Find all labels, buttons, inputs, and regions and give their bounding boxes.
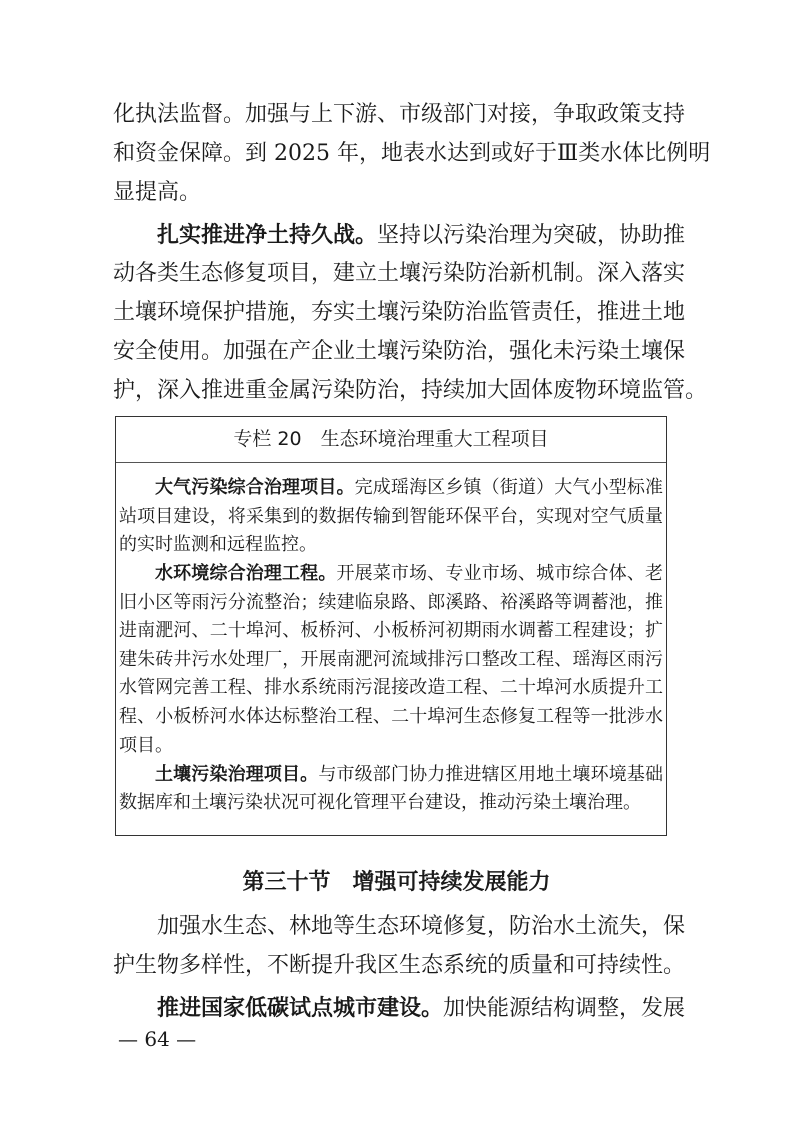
paragraph-soil-first-line: 扎实推进净土持久战。坚持以污染治理为突破，协助推 bbox=[113, 220, 673, 251]
box-line: 数据库和土壤污染状况可视化管理平台建设，推动污染土壤治理。 bbox=[119, 791, 663, 815]
box-title: 专栏 20 生态环境治理重大工程项目 bbox=[116, 417, 666, 463]
body-line: 护，深入推进重金属污染防治，持续加大固体废物环境监管。 bbox=[113, 376, 673, 406]
box-line: 进南淝河、二十埠河、板桥河、小板桥河初期雨水调蓄工程建设；扩 bbox=[119, 619, 663, 643]
paragraph-heading: 推进国家低碳试点城市建设。 bbox=[157, 995, 443, 1021]
body-line: 土壤环境保护措施，夯实土壤污染防治监管责任，推进土地 bbox=[113, 298, 673, 328]
box-line: 建朱砖井污水处理厂，开展南淝河流域排污口整改工程、瑶海区雨污 bbox=[119, 648, 663, 672]
paragraph-heading: 扎实推进净土持久战。 bbox=[157, 222, 377, 248]
box-line: 程、小板桥河水体达标整治工程、二十埠河生态修复工程等一批涉水 bbox=[119, 705, 663, 729]
box-line: 旧小区等雨污分流整治；续建临泉路、郎溪路、裕溪路等调蓄池，推 bbox=[119, 591, 663, 615]
box-line: 项目。 bbox=[119, 734, 663, 758]
body-line: 加强水生态、林地等生态环境修复，防治水土流失，保 bbox=[113, 912, 673, 942]
box-item-air: 大气污染综合治理项目。完成瑶海区乡镇（街道）大气小型标准 bbox=[119, 476, 663, 500]
box-item-water: 水环境综合治理工程。开展菜市场、专业市场、城市综合体、老 bbox=[119, 562, 663, 586]
body-line: 护生物多样性，不断提升我区生态系统的质量和可持续性。 bbox=[113, 951, 673, 981]
box-item-soil: 土壤污染治理项目。与市级部门协力推进辖区用地土壤环境基础 bbox=[119, 763, 663, 787]
page-number: — 64 — bbox=[118, 1024, 196, 1054]
box-line: 水管网完善工程、排水系统雨污混接改造工程、二十埠河水质提升工 bbox=[119, 676, 663, 700]
project-box: 专栏 20 生态环境治理重大工程项目 大气污染综合治理项目。完成瑶海区乡镇（街道… bbox=[115, 416, 667, 836]
body-line: 化执法监督。加强与上下游、市级部门对接，争取政策支持 bbox=[113, 100, 673, 130]
box-line: 的实时监测和远程监控。 bbox=[119, 533, 663, 557]
body-line: 和资金保障。到 2025 年，地表水达到或好于Ⅲ类水体比例明 bbox=[113, 139, 673, 169]
box-line: 站项目建设，将采集到的数据传输到智能环保平台，实现对空气质量 bbox=[119, 505, 663, 529]
paragraph-lowcarbon-first-line: 推进国家低碳试点城市建设。加快能源结构调整，发展 bbox=[113, 993, 673, 1024]
body-line: 显提高。 bbox=[113, 178, 673, 208]
body-line: 安全使用。加强在产企业土壤污染防治，强化未污染土壤保 bbox=[113, 337, 673, 367]
body-line: 动各类生态修复项目，建立土壤污染防治新机制。深入落实 bbox=[113, 259, 673, 289]
section-title: 第三十节 增强可持续发展能力 bbox=[0, 868, 793, 898]
